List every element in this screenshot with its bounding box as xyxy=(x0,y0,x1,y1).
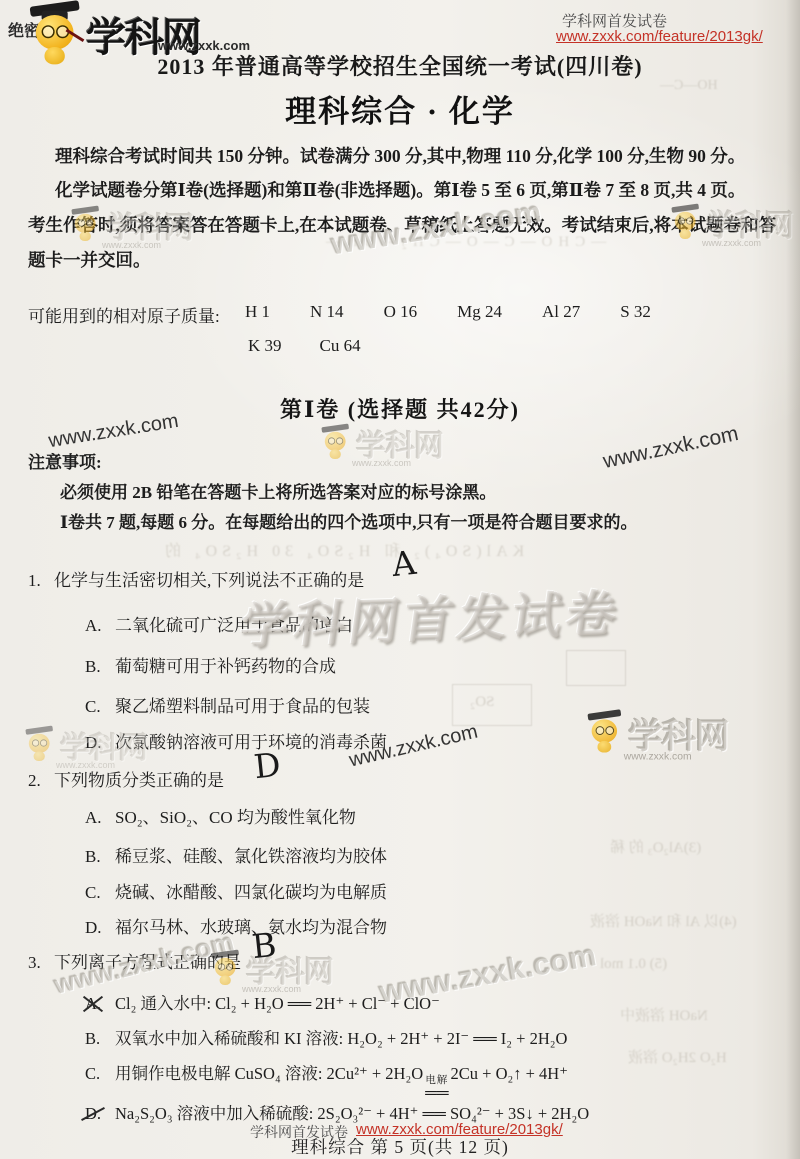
handwritten-answer-q3: B xyxy=(250,925,278,966)
handwritten-answer-q2: D xyxy=(252,745,282,787)
scan-edge-shadow xyxy=(786,0,800,1159)
handwritten-answer-q1: A xyxy=(390,543,418,584)
handwriting-layer: A D B xyxy=(0,0,800,1159)
